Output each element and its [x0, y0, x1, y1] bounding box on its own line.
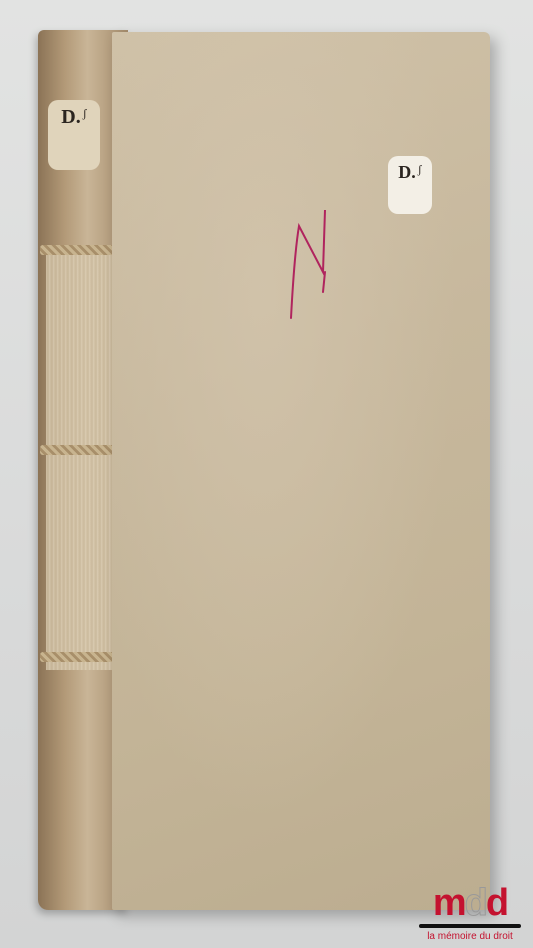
- logo-divider: [419, 924, 521, 928]
- logo-tagline: la mémoire du droit: [415, 931, 525, 942]
- book-photo: D.ʃ D.ʃ: [0, 0, 533, 948]
- handwritten-n-mark: [285, 210, 335, 320]
- mdd-logo: mdd la mémoire du droit: [415, 884, 525, 942]
- logo-mark: mdd: [415, 884, 525, 922]
- spine-label-text: D.: [61, 106, 80, 129]
- book-cover: [112, 32, 490, 910]
- cover-label-text: D.: [398, 162, 416, 183]
- cover-shelf-label: D.ʃ: [388, 156, 432, 214]
- exposed-page-edges: [46, 250, 116, 670]
- spine-shelf-label: D.ʃ: [48, 100, 100, 170]
